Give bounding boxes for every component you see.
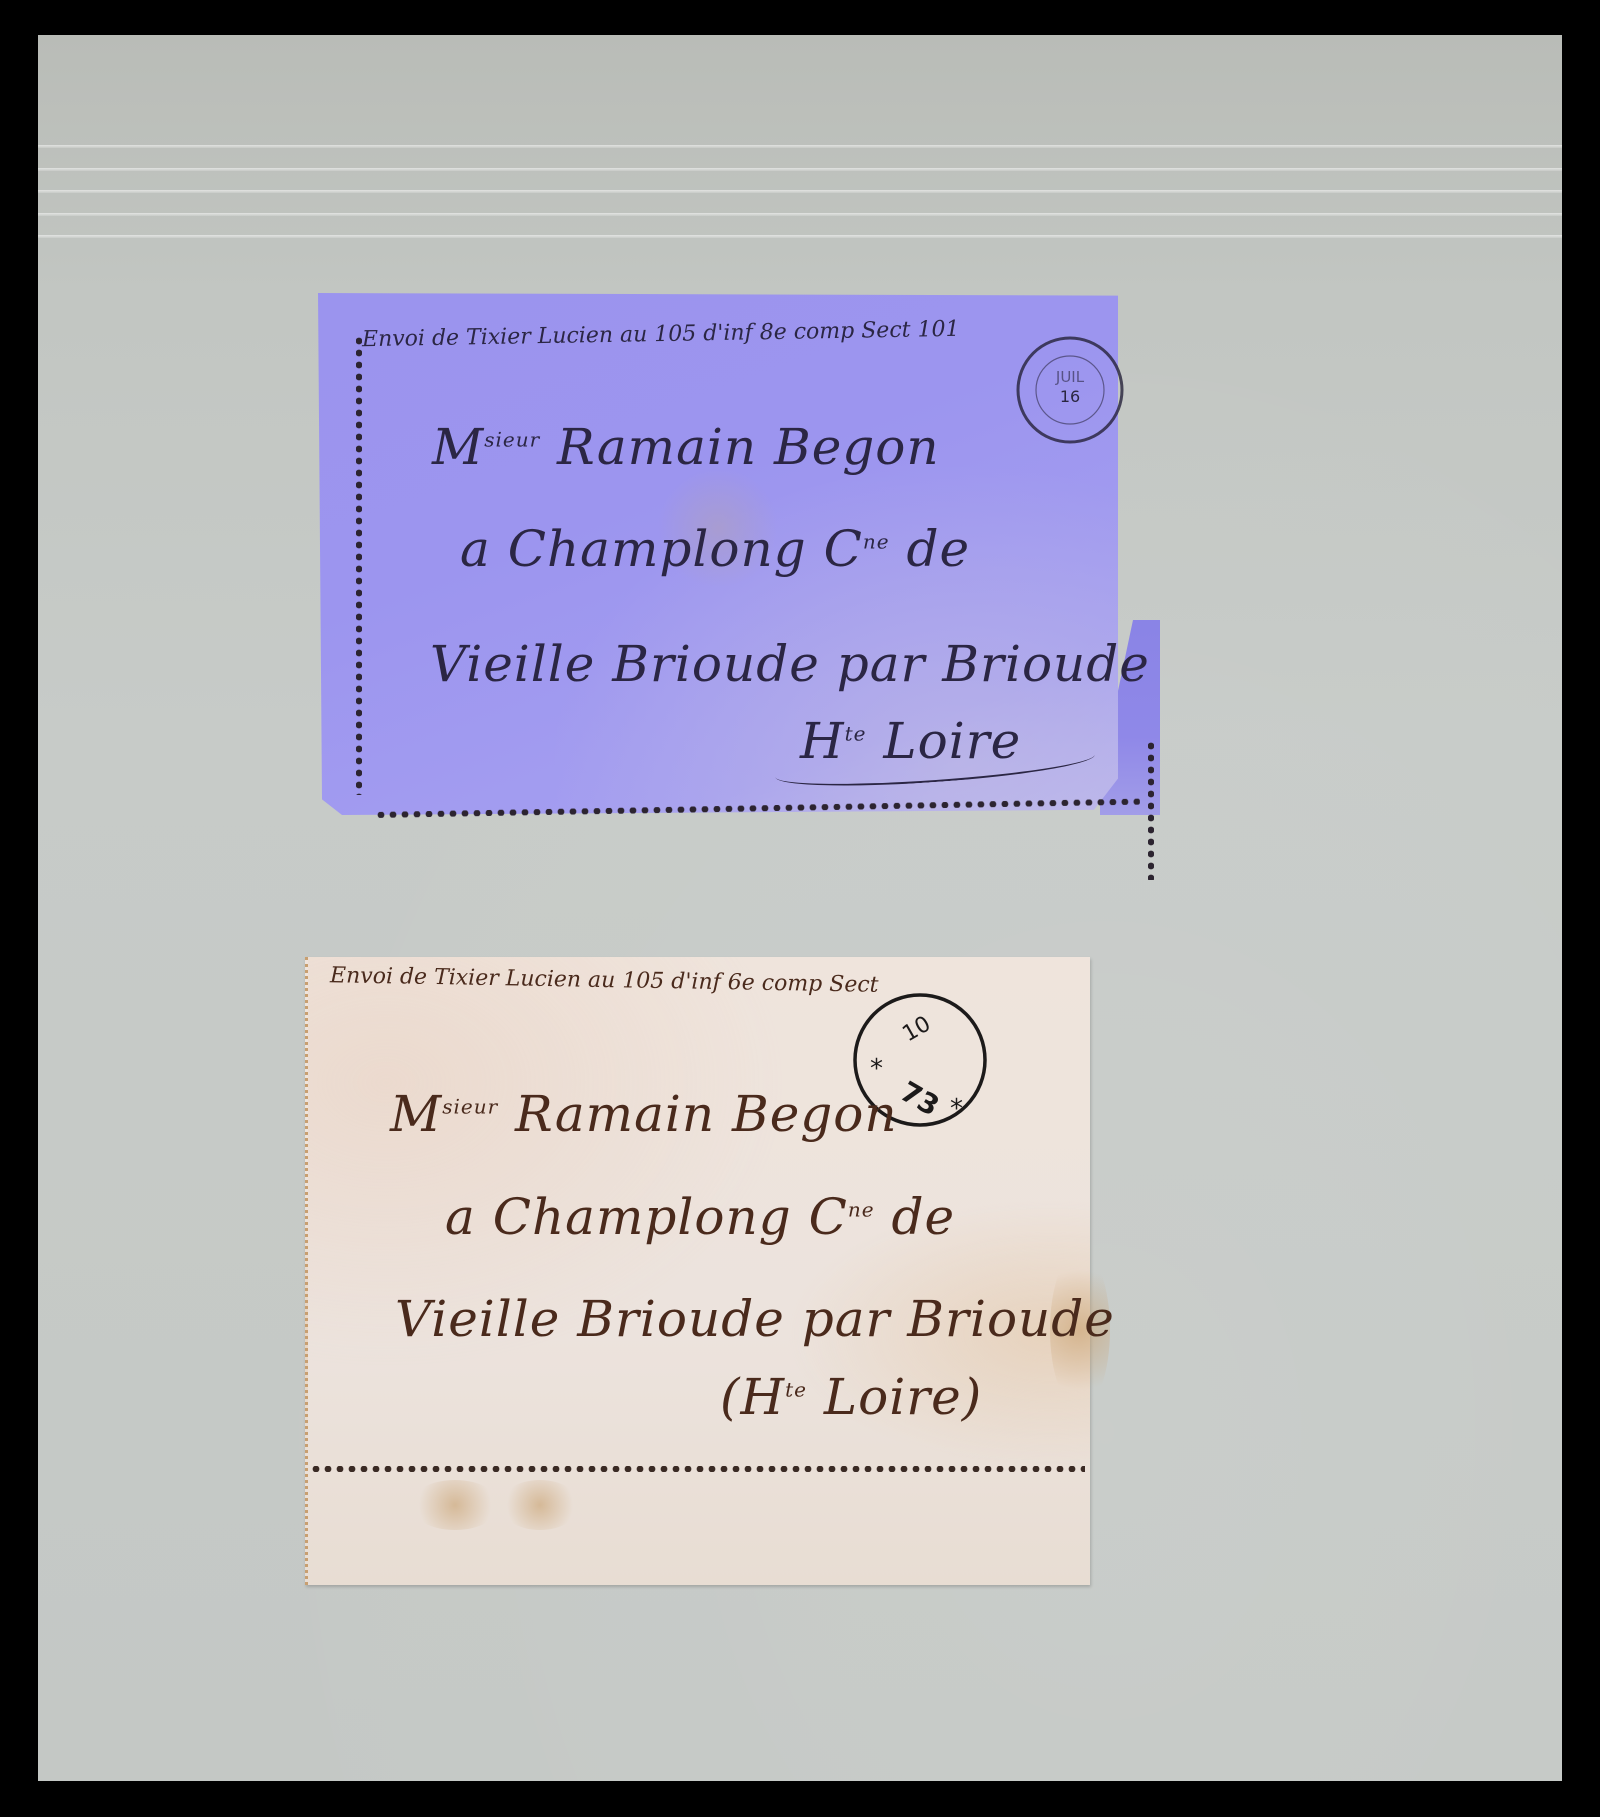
svg-text:16: 16 xyxy=(1060,387,1080,406)
perforation-bottom xyxy=(310,1466,1085,1472)
page-ridge xyxy=(38,168,1562,171)
stain xyxy=(410,1480,500,1530)
svg-text:*: * xyxy=(870,1054,883,1084)
page-ridge xyxy=(38,235,1562,238)
page-ridge xyxy=(38,190,1562,193)
address-line-4: (Hte Loire) xyxy=(720,1368,982,1426)
svg-text:10: 10 xyxy=(898,1012,935,1048)
stain xyxy=(500,1480,580,1530)
page-ridge xyxy=(38,145,1562,148)
svg-text:JUIL: JUIL xyxy=(1055,368,1085,386)
address-line-1: Msieur Ramain Begon xyxy=(390,1085,898,1143)
address-line-2: a Champlong Cne de xyxy=(445,1188,955,1246)
svg-text:*: * xyxy=(950,1094,963,1124)
address-line-3: Vieille Brioude par Brioude xyxy=(430,635,1150,693)
perforation-left xyxy=(356,335,362,795)
address-line-2: a Champlong Cne de xyxy=(460,520,970,578)
postmark-juil-16: JUIL 16 xyxy=(1010,330,1130,450)
perforation-fold xyxy=(1148,740,1154,880)
svg-text:73: 73 xyxy=(895,1075,945,1123)
page-ridge xyxy=(38,213,1562,216)
address-line-3: Vieille Brioude par Brioude xyxy=(395,1290,1115,1348)
address-line-1: Msieur Ramain Begon xyxy=(432,418,940,476)
